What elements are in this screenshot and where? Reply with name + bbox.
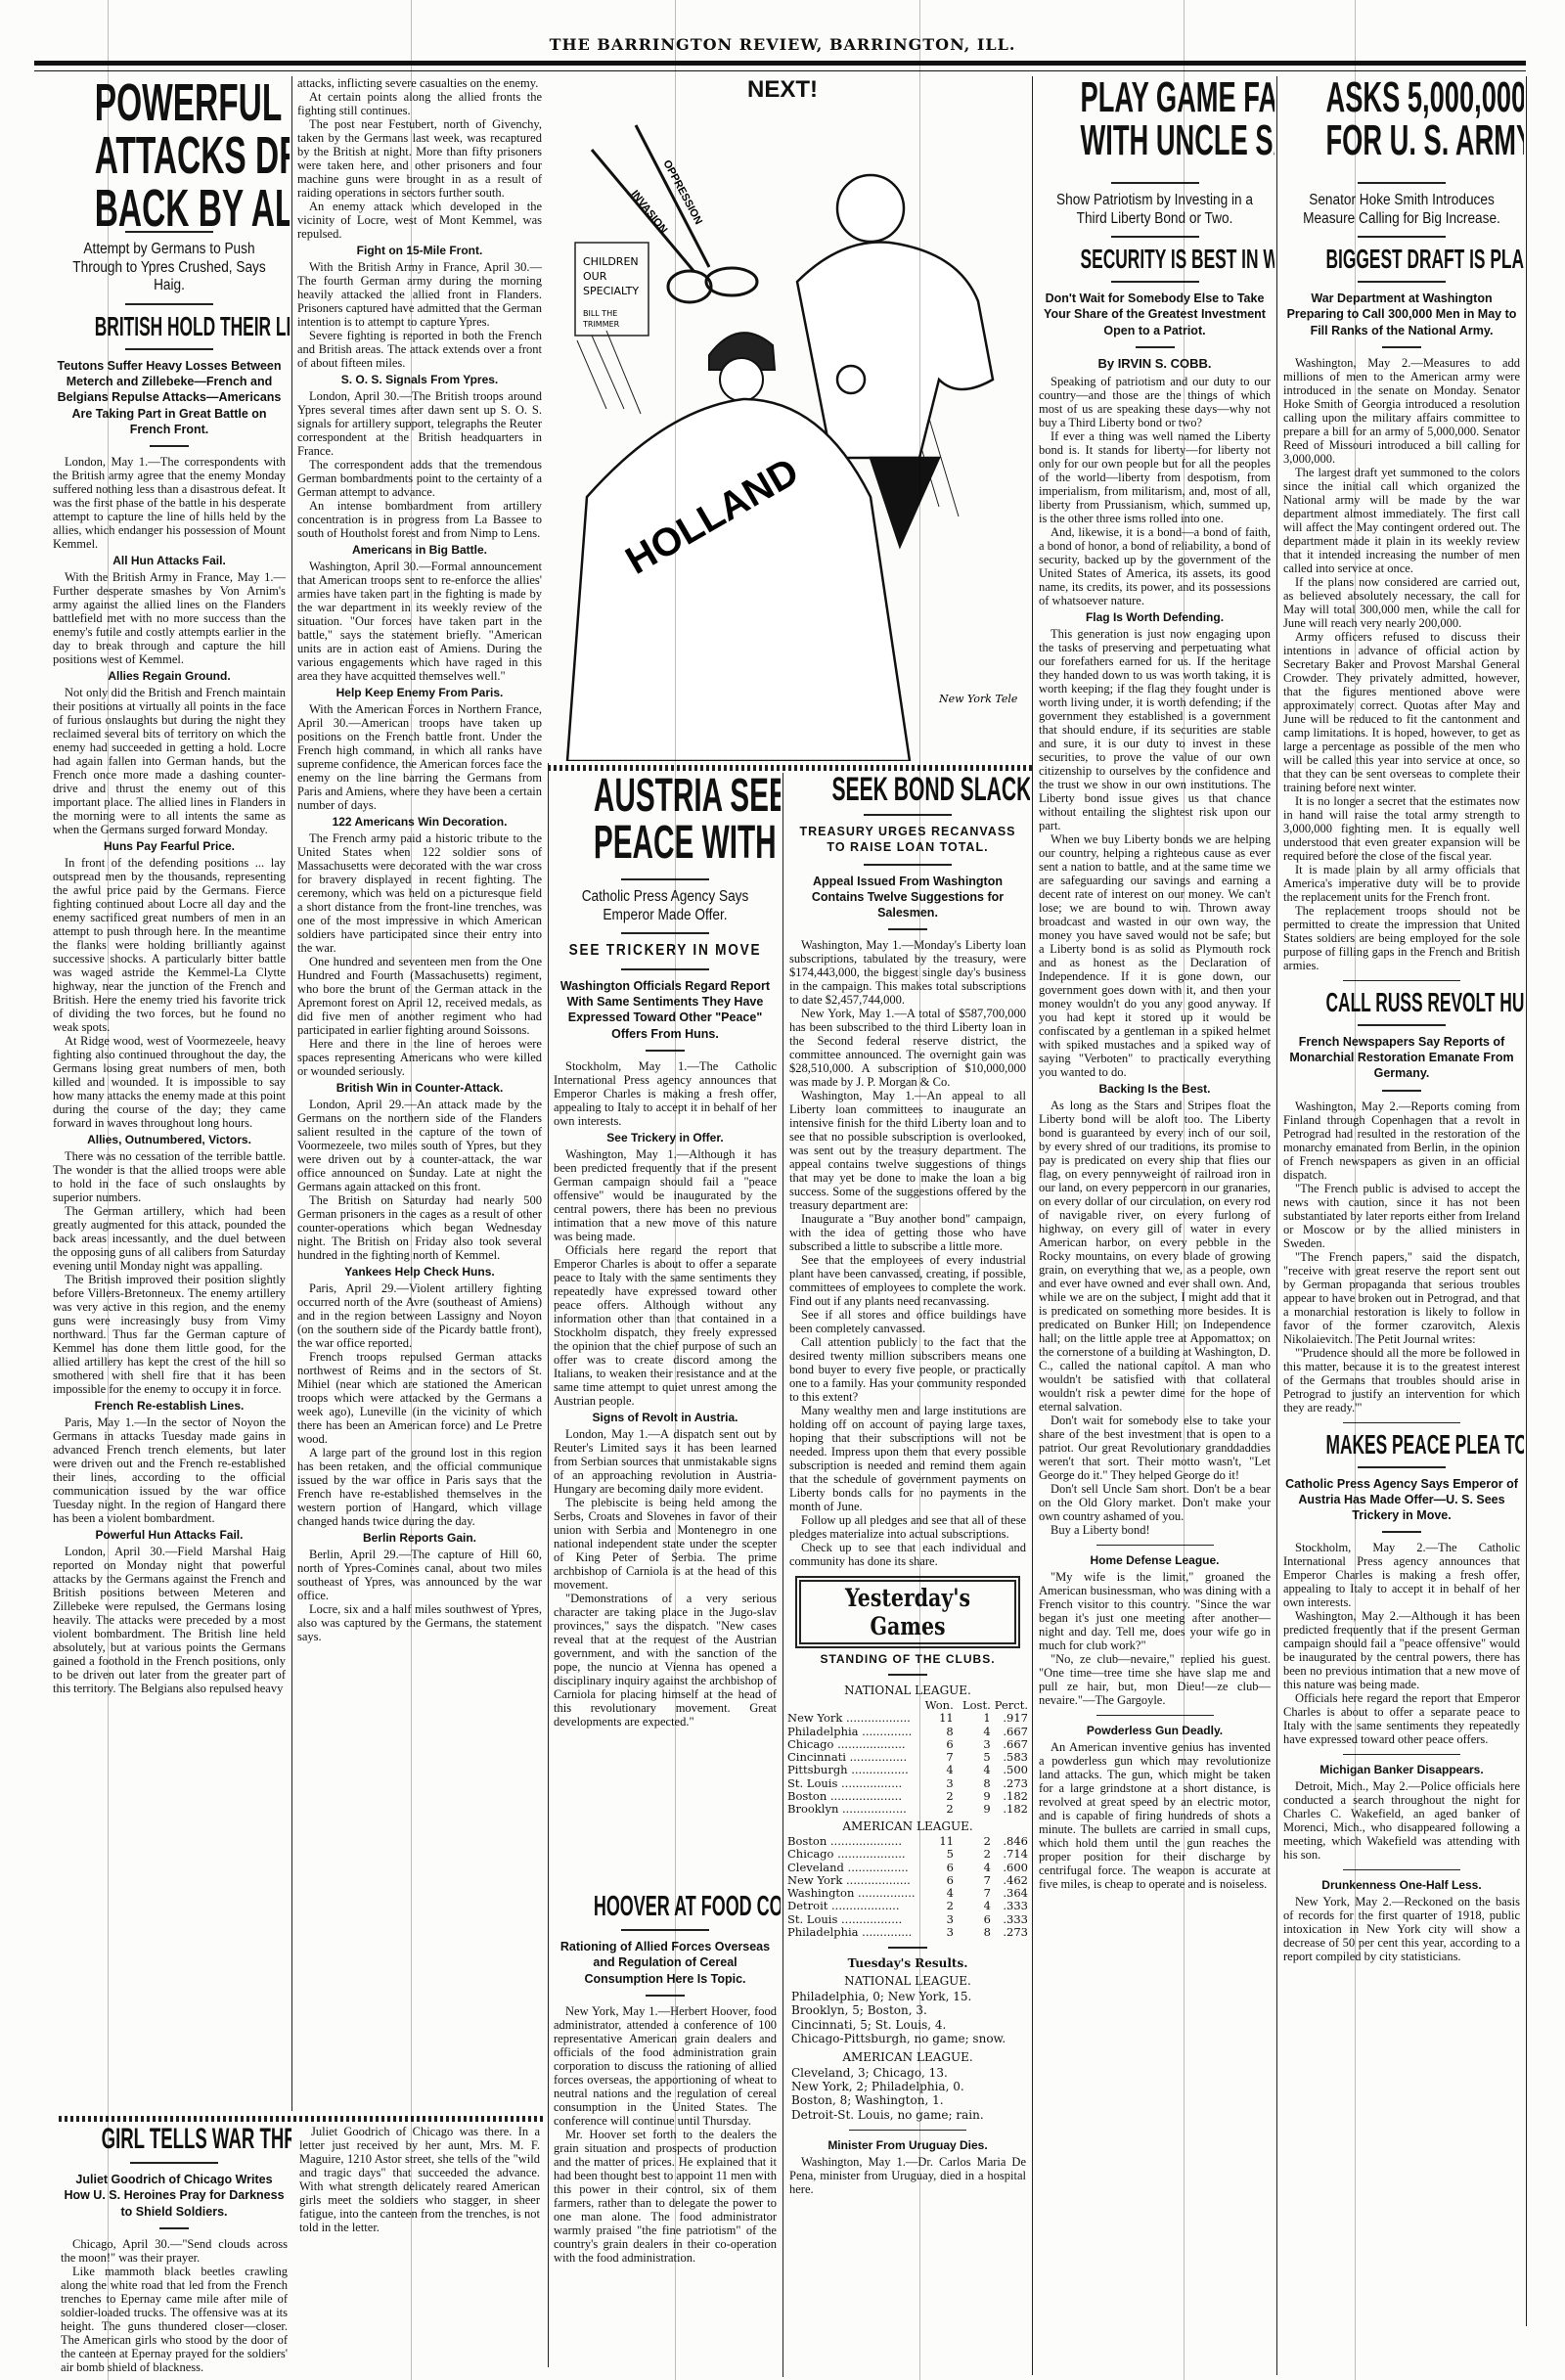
game-result: Brooklyn, 5; Boston, 3. xyxy=(791,2003,1024,2017)
standings-row: Philadelphia ..............38.273 xyxy=(785,1926,1030,1939)
headline-line: FOR U. S. ARMY xyxy=(1326,119,1478,162)
divider xyxy=(621,878,709,880)
article-hoover: HOOVER AT FOOD CONFERENCE Rationing of A… xyxy=(550,1893,781,2372)
paragraph: Paris, May 1.—In the sector of Noyon the… xyxy=(53,1415,286,1525)
scan-streak xyxy=(1184,0,1185,2380)
scan-streak xyxy=(1355,0,1356,2380)
deck: Don't Wait for Somebody Else to Take You… xyxy=(1041,291,1269,338)
standings-row: Philadelphia ..............84.667 xyxy=(785,1726,1030,1738)
paragraph: Mr. Hoover set forth to the dealers the … xyxy=(554,2128,777,2265)
divider xyxy=(864,814,952,816)
headline: CALL RUSS REVOLT HUN FAKE xyxy=(1326,989,1478,1016)
subhead: Fight on 15-Mile Front. xyxy=(293,244,546,257)
game-result: Chicago-Pittsburgh, no game; snow. xyxy=(791,2032,1024,2045)
svg-text:TRIMMER: TRIMMER xyxy=(582,320,620,329)
paragraph: Follow up all pledges and see that all o… xyxy=(789,1513,1026,1541)
headline-line: BACK BY ALLIES xyxy=(95,182,245,235)
paragraph: Speaking of patriotism and our duty to o… xyxy=(1039,375,1271,429)
standings-row: New York ..................111.917 xyxy=(785,1712,1030,1725)
standings-table-national: Won. Lost. Perct. New York .............… xyxy=(785,1699,1030,1816)
standings-pct: .273 xyxy=(993,1926,1030,1939)
standings-pct: .917 xyxy=(993,1712,1030,1725)
svg-text:CHILDREN: CHILDREN xyxy=(583,255,639,268)
paragraph: It is no longer a secret that the estima… xyxy=(1283,794,1520,863)
subhead: Huns Pay Fearful Price. xyxy=(49,839,290,853)
paragraph: With the American Forces in Northern Fra… xyxy=(297,702,542,812)
paragraph: Washington, April 30.—Formal announcemen… xyxy=(297,560,542,683)
article-army: ASKS 5,000,000 FOR U. S. ARMY Senator Ho… xyxy=(1279,76,1524,2375)
standings-table-american: Boston ....................112.846Chicag… xyxy=(785,1835,1030,1939)
subhead: British Win in Counter-Attack. xyxy=(293,1081,546,1095)
club-name: Boston .................... xyxy=(785,1790,918,1803)
deck: Appeal Issued From Washington Contains T… xyxy=(791,874,1024,921)
game-result: New York, 2; Philadelphia, 0. xyxy=(791,2080,1024,2093)
deck: Show Patriotism by Investing in a Third … xyxy=(1054,192,1255,228)
column-rule xyxy=(782,773,783,2377)
column-rule xyxy=(1032,76,1033,2375)
club-name: Boston .................... xyxy=(785,1835,918,1848)
deck: Catholic Press Agency Says Emperor of Au… xyxy=(1285,1476,1518,1524)
divider xyxy=(1343,980,1460,981)
headline-line: ATTACKS DRIVEN xyxy=(95,129,245,182)
paragraph: At certain points along the allied front… xyxy=(297,90,542,117)
subhead: S. O. S. Signals From Ypres. xyxy=(293,373,546,386)
paragraph: Many wealthy men and large institutions … xyxy=(789,1404,1026,1513)
paragraph: Washington, May 2.—Measures to add milli… xyxy=(1283,356,1520,466)
paragraph: Stockholm, May 2.—The Catholic Internati… xyxy=(1283,1541,1520,1609)
standings-row: Chicago ...................63.667 xyxy=(785,1738,1030,1751)
standings-pct: .600 xyxy=(993,1862,1030,1874)
cartoon-illustration: INVASION OPPRESSION CHILDREN OUR SPECIAL… xyxy=(548,86,1017,761)
subhead: Michigan Banker Disappears. xyxy=(1279,1763,1524,1776)
subhead: Drunkenness One-Half Less. xyxy=(1279,1878,1524,1892)
scan-streak xyxy=(108,0,109,2380)
headline: MAKES PEACE PLEA TO ITALY xyxy=(1326,1431,1478,1459)
standings-lost: 4 xyxy=(956,1900,993,1912)
section-divider xyxy=(59,2116,546,2122)
divider xyxy=(1382,346,1421,348)
paragraph: attacks, inflicting severe casualties on… xyxy=(297,76,542,90)
subhead: All Hun Attacks Fail. xyxy=(49,554,290,567)
headline-line: AUSTRIA SEEKING xyxy=(594,773,737,820)
club-name: Washington ................ xyxy=(785,1887,918,1900)
paragraph: Buy a Liberty bond! xyxy=(1039,1523,1271,1537)
divider xyxy=(849,2130,966,2131)
divider xyxy=(1382,1531,1421,1533)
league-label: AMERICAN LEAGUE. xyxy=(785,2050,1030,2064)
standings-row: St. Louis .................36.333 xyxy=(785,1913,1030,1926)
divider xyxy=(1343,1754,1460,1755)
results-title: Tuesday's Results. xyxy=(785,1956,1030,1970)
league-label: AMERICAN LEAGUE. xyxy=(785,1819,1030,1833)
standings-row: New York ..................67.462 xyxy=(785,1874,1030,1887)
paragraph: London, April 30.—The British troops aro… xyxy=(297,389,542,458)
standings-lost: 8 xyxy=(956,1926,993,1939)
divider xyxy=(888,1947,927,1949)
deck: TREASURY URGES RECANVASS TO RAISE LOAN T… xyxy=(791,824,1024,856)
masthead: THE BARRINGTON REVIEW, BARRINGTON, ILL. xyxy=(39,35,1526,59)
club-name: Philadelphia .............. xyxy=(785,1726,918,1738)
divider xyxy=(621,1929,709,1931)
game-result: Cincinnati, 5; St. Louis, 4. xyxy=(791,2018,1024,2032)
paragraph: Washington, May 1.—Dr. Carlos Maria De P… xyxy=(789,2155,1026,2196)
paragraph: "The French public is advised to accept … xyxy=(1283,1182,1520,1250)
article-hun-attacks-continued: attacks, inflicting severe casualties on… xyxy=(293,76,546,2111)
subhead: Berlin Reports Gain. xyxy=(293,1531,546,1545)
subhead: Yankees Help Check Huns. xyxy=(293,1265,546,1279)
deck: French Newspapers Say Reports of Monarch… xyxy=(1285,1034,1518,1082)
deck: Catholic Press Agency Says Emperor Made … xyxy=(568,888,761,924)
paragraph: Severe fighting is reported in both the … xyxy=(297,329,542,370)
club-name: Philadelphia .............. xyxy=(785,1926,918,1939)
standings-pct: .333 xyxy=(993,1913,1030,1926)
paragraph: Check up to see that each individual and… xyxy=(789,1541,1026,1568)
paragraph: If the plans now considered are carried … xyxy=(1283,575,1520,630)
paragraph: The correspondent adds that the tremendo… xyxy=(297,458,542,499)
league-label: NATIONAL LEAGUE. xyxy=(785,1684,1030,1697)
divider xyxy=(150,445,189,447)
paragraph: The replacement troops should not be per… xyxy=(1283,904,1520,972)
paragraph: New York, May 2.—Reckoned on the basis o… xyxy=(1283,1895,1520,1963)
standings-pct: .333 xyxy=(993,1900,1030,1912)
article-austria-peace: AUSTRIA SEEKING PEACE WITH ITALY Catholi… xyxy=(550,773,781,1859)
standings-lost: 4 xyxy=(956,1764,993,1776)
paragraph: London, April 30.—Field Marshal Haig rep… xyxy=(53,1545,286,1695)
subhead: See Trickery in Offer. xyxy=(550,1131,781,1145)
paragraph: The German artillery, which had been gre… xyxy=(53,1204,286,1273)
game-result: Philadelphia, 0; New York, 15. xyxy=(791,1990,1024,2003)
paragraph: French troops repulsed German attacks no… xyxy=(297,1350,542,1446)
standings-pct: .273 xyxy=(993,1777,1030,1790)
club-name: Chicago ................... xyxy=(785,1848,918,1861)
standings-row: Boston ....................29.182 xyxy=(785,1790,1030,1803)
subhead: Allies, Outnumbered, Victors. xyxy=(49,1133,290,1146)
paragraph: An intense bombardment from artillery co… xyxy=(297,499,542,540)
subhead: Flag Is Worth Defending. xyxy=(1035,610,1274,624)
standings-lost: 1 xyxy=(956,1712,993,1725)
paragraph: "The French papers," said the dispatch, … xyxy=(1283,1250,1520,1346)
paragraph: London, May 1.—A dispatch sent out by Re… xyxy=(554,1427,777,1496)
standings-row: Pittsburgh ................44.500 xyxy=(785,1764,1030,1776)
standings-title: STANDING OF THE CLUBS. xyxy=(785,1652,1030,1666)
paragraph: Detroit, Mich., May 2.—Police officials … xyxy=(1283,1779,1520,1862)
standings-row: Washington ................47.364 xyxy=(785,1887,1030,1900)
paragraph: And, likewise, it is a bond—a bond of fa… xyxy=(1039,525,1271,607)
column-rule xyxy=(1276,76,1277,2375)
subhead: Home Defense League. xyxy=(1035,1553,1274,1567)
paragraph: Officials here regard the report that Em… xyxy=(1283,1691,1520,1746)
divider xyxy=(1096,1715,1214,1716)
scan-streak xyxy=(919,0,920,2380)
paragraph: Washington, May 1.—Although it has been … xyxy=(554,1147,777,1243)
scan-streak xyxy=(675,0,676,2380)
paragraph: The plebiscite is being held among the S… xyxy=(554,1496,777,1592)
paragraph: If ever a thing was well named the Liber… xyxy=(1039,429,1271,525)
divider xyxy=(864,864,952,866)
standings-won: 5 xyxy=(918,1848,956,1861)
divider xyxy=(1358,1024,1446,1026)
subhead: French Re-establish Lines. xyxy=(49,1399,290,1413)
paragraph: Here and there in the line of heroes wer… xyxy=(297,1037,542,1078)
subhead: Allies Regain Ground. xyxy=(49,669,290,683)
club-name: Brooklyn .................. xyxy=(785,1803,918,1816)
divider xyxy=(888,928,927,930)
divider xyxy=(621,968,709,970)
subhead: Americans in Big Battle. xyxy=(293,543,546,557)
paragraph: "My wife is the limit," groaned the Amer… xyxy=(1039,1570,1271,1652)
headline-secondary: BRITISH HOLD THEIR LINES xyxy=(95,313,245,340)
divider xyxy=(1358,1466,1446,1468)
standings-lost: 9 xyxy=(956,1803,993,1816)
paragraph: London, May 1.—The correspondents with t… xyxy=(53,455,286,551)
paragraph: The British improved their position slig… xyxy=(53,1273,286,1396)
paragraph: Chicago, April 30.—"Send clouds across t… xyxy=(61,2237,288,2265)
paragraph: Berlin, April 29.—The capture of Hill 60… xyxy=(297,1548,542,1602)
paragraph: Don't wait for somebody else to take you… xyxy=(1039,1414,1271,1482)
divider xyxy=(125,303,213,305)
standings-lost: 4 xyxy=(956,1726,993,1738)
games-box: Yesterday's Games xyxy=(795,1576,1020,1648)
scan-streak xyxy=(411,0,412,2380)
standings-lost: 8 xyxy=(956,1777,993,1790)
subhead: 122 Americans Win Decoration. xyxy=(293,815,546,829)
standings-won: 4 xyxy=(918,1764,956,1776)
headline: HOOVER AT FOOD CONFERENCE xyxy=(594,1893,737,1921)
divider xyxy=(1343,1869,1460,1870)
results-american: Cleveland, 3; Chicago, 13.New York, 2; P… xyxy=(791,2066,1024,2123)
masthead-rule-thin xyxy=(34,70,1526,71)
paragraph: This generation is just now engaging upo… xyxy=(1039,627,1271,832)
divider xyxy=(1343,1422,1460,1423)
subhead: Powderless Gun Deadly. xyxy=(1035,1724,1274,1737)
paragraph: Not only did the British and French main… xyxy=(53,686,286,836)
paragraph: The largest draft yet summoned to the co… xyxy=(1283,466,1520,575)
club-name: New York .................. xyxy=(785,1712,918,1725)
divider xyxy=(646,1050,685,1052)
standings-won: 11 xyxy=(918,1712,956,1725)
article-hun-attacks: POWERFUL HUN ATTACKS DRIVEN BACK BY ALLI… xyxy=(49,76,290,2111)
standings-won: 2 xyxy=(918,1803,956,1816)
club-name: St. Louis ................. xyxy=(785,1777,918,1790)
headline-line: WITH UNCLE SAM xyxy=(1081,119,1230,162)
paragraph: Inaugurate a "Buy another bond" campaign… xyxy=(789,1212,1026,1253)
standings-won: 3 xyxy=(918,1777,956,1790)
article-girl-war-thrills: GIRL TELLS WAR THRILLS Juliet Goodrich o… xyxy=(57,2125,291,2374)
divider xyxy=(1358,236,1446,238)
svg-text:SPECIALTY: SPECIALTY xyxy=(583,285,639,297)
club-name: Chicago ................... xyxy=(785,1738,918,1751)
standings-row: Boston ....................112.846 xyxy=(785,1835,1030,1848)
headline-secondary: BIGGEST DRAFT IS PLANNED xyxy=(1326,246,1478,273)
newspaper-page: THE BARRINGTON REVIEW, BARRINGTON, ILL. … xyxy=(0,0,1565,2380)
paragraph: The post near Festubert, north of Givenc… xyxy=(297,117,542,200)
deck: Attempt by Germans to Push Through to Yp… xyxy=(68,241,270,295)
club-name: Pittsburgh ................ xyxy=(785,1764,918,1776)
game-result: Detroit-St. Louis, no game; rain. xyxy=(791,2108,1024,2122)
paragraph: With the British Army in France, May 1.—… xyxy=(53,570,286,666)
paragraph: One hundred and seventeen men from the O… xyxy=(297,955,542,1037)
divider xyxy=(1111,236,1199,238)
standings-won: 6 xyxy=(918,1862,956,1874)
headline-line: POWERFUL HUN xyxy=(95,76,245,129)
paragraph: Don't sell Uncle Sam short. Don't be a b… xyxy=(1039,1482,1271,1523)
paragraph: New York, May 1.—Herbert Hoover, food ad… xyxy=(554,2004,777,2128)
column-rule xyxy=(1526,76,1527,2326)
subhead: Powerful Hun Attacks Fail. xyxy=(49,1528,290,1542)
league-label: NATIONAL LEAGUE. xyxy=(785,1974,1030,1988)
svg-text:OUR: OUR xyxy=(583,270,607,283)
headline-secondary: SECURITY IS BEST IN WORLD xyxy=(1081,246,1230,273)
divider xyxy=(159,2227,189,2229)
standings-row: Cleveland .................64.600 xyxy=(785,1862,1030,1874)
divider xyxy=(1358,281,1446,283)
divider xyxy=(125,348,213,350)
paragraph: With the British Army in France, April 3… xyxy=(297,260,542,329)
standings-pct: .182 xyxy=(993,1803,1030,1816)
standings-pct: .714 xyxy=(993,1848,1030,1861)
cartoon-credit: New York Telegram xyxy=(938,693,1017,705)
headline-line: ASKS 5,000,000 xyxy=(1326,76,1478,119)
headline-line: PEACE WITH ITALY xyxy=(594,820,737,867)
masthead-rule xyxy=(34,61,1526,66)
paragraph: It is made plain by all army officials t… xyxy=(1283,863,1520,904)
paragraph: In front of the defending positions ... … xyxy=(53,856,286,1034)
divider xyxy=(1382,1090,1421,1092)
paragraph: "No, ze club—nevaire," replied his guest… xyxy=(1039,1652,1271,1707)
deck: Rationing of Allied Forces Overseas and … xyxy=(556,1939,775,1987)
deck: Teutons Suffer Heavy Losses Between Mete… xyxy=(55,358,284,437)
headline-secondary: SEE TRICKERY IN MOVE xyxy=(568,942,761,961)
divider xyxy=(1358,182,1446,184)
standings-row: Chicago ...................52.714 xyxy=(785,1848,1030,1861)
paragraph: A large part of the ground lost in this … xyxy=(297,1446,542,1528)
standings-won: 3 xyxy=(918,1913,956,1926)
divider xyxy=(1136,346,1175,348)
standings-won: 3 xyxy=(918,1926,956,1939)
paragraph: Locre, six and a half miles southwest of… xyxy=(297,1602,542,1643)
paragraph: "Demonstrations of a very serious charac… xyxy=(554,1592,777,1729)
paragraph: As long as the Stars and Stripes float t… xyxy=(1039,1099,1271,1414)
column-rule xyxy=(291,76,292,2111)
divider xyxy=(888,1674,927,1676)
club-name: Cleveland ................. xyxy=(785,1862,918,1874)
game-result: Boston, 8; Washington, 1. xyxy=(791,2093,1024,2107)
paragraph: New York, May 1.—A total of $587,700,000… xyxy=(789,1007,1026,1089)
paragraph: The French army paid a historic tribute … xyxy=(297,831,542,955)
paragraph: When we buy Liberty bonds we are helping… xyxy=(1039,832,1271,1079)
paragraph: An enemy attack which developed in the v… xyxy=(297,200,542,241)
article-bond-slackers: SEEK BOND SLACKERS TREASURY URGES RECANV… xyxy=(785,773,1030,2377)
editorial-cartoon: NEXT! INVASION OPPRESSION CHILDREN OUR S… xyxy=(548,76,1017,761)
standings-won: 8 xyxy=(918,1726,956,1738)
paragraph: Call attention publicly to the fact that… xyxy=(789,1335,1026,1404)
club-name: Detroit ................... xyxy=(785,1900,918,1912)
paragraph: Officials here regard the report that Em… xyxy=(554,1243,777,1408)
divider xyxy=(1111,182,1199,184)
svg-text:BILL THE: BILL THE xyxy=(583,309,617,318)
headline: SEEK BOND SLACKERS xyxy=(832,773,984,806)
deck: Senator Hoke Smith Introduces Measure Ca… xyxy=(1299,192,1503,228)
subhead: Help Keep Enemy From Paris. xyxy=(293,686,546,699)
subhead: Signs of Revolt in Austria. xyxy=(550,1411,781,1424)
standings-won: 2 xyxy=(918,1900,956,1912)
subhead: Backing Is the Best. xyxy=(1035,1082,1274,1096)
article-girl-war-thrills-continued: Juliet Goodrich of Chicago was there. In… xyxy=(295,2125,544,2374)
standings-lost: 2 xyxy=(956,1848,993,1861)
paragraph: At Ridge wood, west of Voormezeele, heav… xyxy=(53,1034,286,1130)
divider xyxy=(621,932,709,934)
paragraph: An American inventive genius has invente… xyxy=(1039,1740,1271,1891)
divider xyxy=(130,2162,218,2164)
paragraph: Washington, May 1.—Monday's Liberty loan… xyxy=(789,938,1026,1007)
headline-line: PLAY GAME FAIR xyxy=(1081,76,1230,119)
results-national: Philadelphia, 0; New York, 15.Brooklyn, … xyxy=(791,1990,1024,2046)
paragraph: Paris, April 29.—Violent artillery fight… xyxy=(297,1281,542,1350)
article-uncle-sam: PLAY GAME FAIR WITH UNCLE SAM Show Patri… xyxy=(1035,76,1274,2375)
headline: GIRL TELLS WAR THRILLS xyxy=(102,2125,247,2154)
paragraph: "'Prudence should all the more be follow… xyxy=(1283,1346,1520,1415)
paragraph: Like mammoth black beetles crawling alon… xyxy=(61,2265,288,2374)
paragraph: See if all stores and office buildings h… xyxy=(789,1308,1026,1335)
club-name: New York .................. xyxy=(785,1874,918,1887)
standings-row: Brooklyn ..................29.182 xyxy=(785,1803,1030,1816)
standings-lost: 6 xyxy=(956,1913,993,1926)
deck: Juliet Goodrich of Chicago Writes How U.… xyxy=(63,2172,286,2220)
paragraph: Stockholm, May 1.—The Catholic Internati… xyxy=(554,1059,777,1128)
standings-pct: .667 xyxy=(993,1726,1030,1738)
deck: War Department at Washington Preparing t… xyxy=(1285,291,1518,338)
standings-row: Detroit ...................24.333 xyxy=(785,1900,1030,1912)
scissors-label: INVASION xyxy=(629,188,670,236)
games-title: Yesterday's Games xyxy=(822,1584,993,1640)
divider xyxy=(1096,1545,1214,1546)
paragraph: Washington, May 2.—Reports coming from F… xyxy=(1283,1100,1520,1182)
byline: By IRVIN S. COBB. xyxy=(1035,356,1274,371)
divider xyxy=(646,1995,685,1997)
subhead: Minister From Uruguay Dies. xyxy=(785,2138,1030,2152)
standings-lost: 4 xyxy=(956,1862,993,1874)
deck: Washington Officials Regard Report With … xyxy=(556,978,775,1042)
paragraph: Washington, May 1.—An appeal to all Libe… xyxy=(789,1089,1026,1212)
standings-row: Cincinnati ................75.583 xyxy=(785,1751,1030,1764)
game-result: Cleveland, 3; Chicago, 13. xyxy=(791,2066,1024,2080)
paragraph: The British on Saturday had nearly 500 G… xyxy=(297,1193,542,1262)
club-name: St. Louis ................. xyxy=(785,1913,918,1926)
paragraph: Army officers refused to discuss their i… xyxy=(1283,630,1520,794)
paragraph: See that the employees of every industri… xyxy=(789,1253,1026,1308)
paragraph: Washington, May 2.—Although it has been … xyxy=(1283,1609,1520,1691)
section-divider xyxy=(548,765,1032,771)
paragraph: London, April 29.—An attack made by the … xyxy=(297,1098,542,1193)
paragraph: Juliet Goodrich of Chicago was there. In… xyxy=(299,2125,540,2234)
club-name: Cincinnati ................ xyxy=(785,1751,918,1764)
paragraph: There was no cessation of the terrible b… xyxy=(53,1149,286,1204)
column-rule xyxy=(548,763,549,2367)
standings-row: St. Louis .................38.273 xyxy=(785,1777,1030,1790)
standings-pct: .500 xyxy=(993,1764,1030,1776)
divider xyxy=(1111,281,1199,283)
